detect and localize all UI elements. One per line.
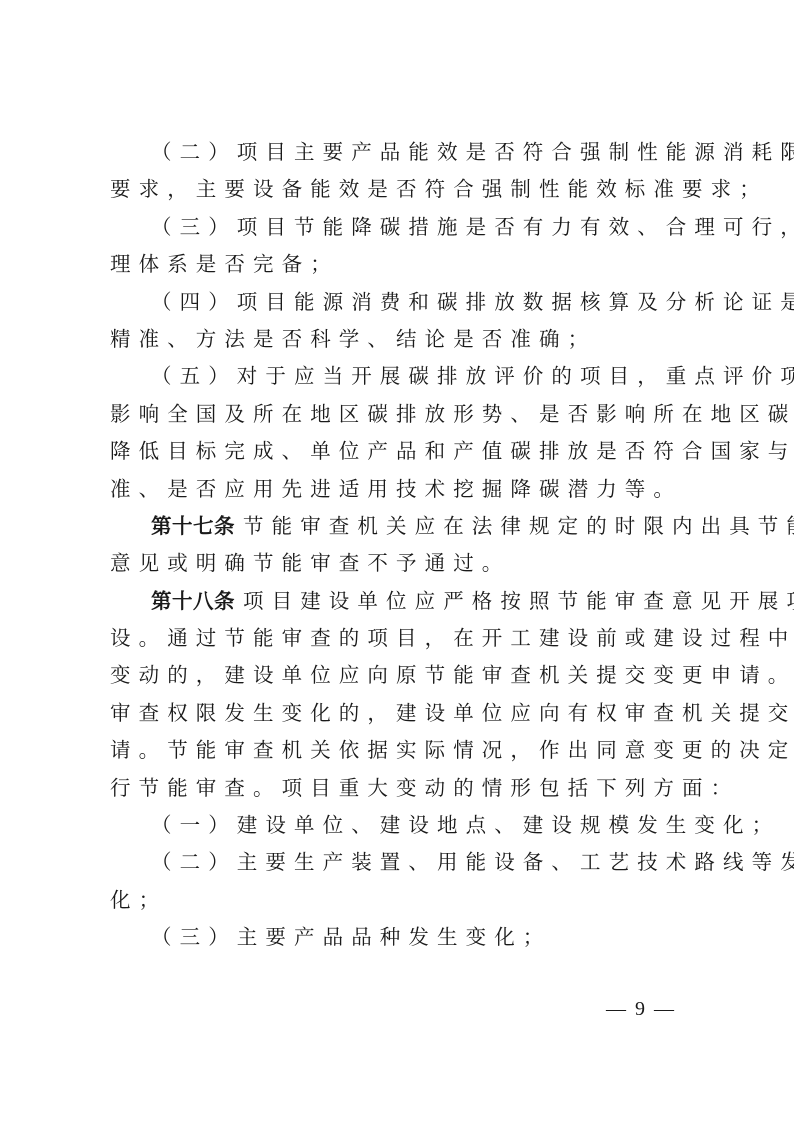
text-line: 行节能审查。项目重大变动的情形包括下列方面： xyxy=(110,770,688,807)
text-line: 准、是否应用先进适用技术挖掘降碳潜力等。 xyxy=(110,471,688,508)
text-line: 意见或明确节能审查不予通过。 xyxy=(110,545,688,582)
text-line: （四）项目能源消费和碳排放数据核算及分析论证是否客观 xyxy=(110,284,688,321)
text-line: 第十八条项目建设单位应严格按照节能审查意见开展项目建 xyxy=(110,583,688,620)
article-heading: 第十八条 xyxy=(151,589,235,613)
page-number: — 9 — xyxy=(606,998,676,1021)
text-line: （三）项目节能降碳措施是否有力有效、合理可行，能源管 xyxy=(110,209,688,246)
paragraph-item-3-carbon-measures: （三）项目节能降碳措施是否有力有效、合理可行，能源管 理体系是否完备； xyxy=(110,209,688,284)
document-page: （二）项目主要产品能效是否符合强制性能源消耗限额标准 要求，主要设备能效是否符合… xyxy=(0,0,794,1123)
article-text: 项目建设单位应严格按照节能审查意见开展项目建 xyxy=(243,589,794,613)
text-line: 影响全国及所在地区碳排放形势、是否影响所在地区碳排放强度 xyxy=(110,396,688,433)
article-17: 第十七条节能审查机关应在法律规定的时限内出具节能审查 意见或明确节能审查不予通过… xyxy=(110,508,688,583)
text-line: 第十七条节能审查机关应在法律规定的时限内出具节能审查 xyxy=(110,508,688,545)
text-line: （二）项目主要产品能效是否符合强制性能源消耗限额标准 xyxy=(110,134,688,171)
article-heading: 第十七条 xyxy=(151,514,235,538)
text-line: 降低目标完成、单位产品和产值碳排放是否符合国家与行业标 xyxy=(110,433,688,470)
paragraph-item-2-energy-efficiency: （二）项目主要产品能效是否符合强制性能源消耗限额标准 要求，主要设备能效是否符合… xyxy=(110,134,688,209)
text-line: （二）主要生产装置、用能设备、工艺技术路线等发生变 xyxy=(110,844,688,881)
article-text: 节能审查机关应在法律规定的时限内出具节能审查 xyxy=(243,514,794,538)
text-line: （一）建设单位、建设地点、建设规模发生变化； xyxy=(110,807,688,844)
text-line: 审查权限发生变化的，建设单位应向有权审查机关提交变更申 xyxy=(110,695,688,732)
article-18: 第十八条项目建设单位应严格按照节能审查意见开展项目建 设。通过节能审查的项目，在… xyxy=(110,583,688,807)
document-body: （二）项目主要产品能效是否符合强制性能源消耗限额标准 要求，主要设备能效是否符合… xyxy=(110,134,688,957)
change-item-3: （三）主要产品品种发生变化； xyxy=(110,919,688,956)
paragraph-item-4-data-accounting: （四）项目能源消费和碳排放数据核算及分析论证是否客观 精准、方法是否科学、结论是… xyxy=(110,284,688,359)
text-line: （三）主要产品品种发生变化； xyxy=(110,919,688,956)
text-line: 要求，主要设备能效是否符合强制性能效标准要求； xyxy=(110,171,688,208)
change-item-2: （二）主要生产装置、用能设备、工艺技术路线等发生变 化； xyxy=(110,844,688,919)
text-line: 设。通过节能审查的项目，在开工建设前或建设过程中发生重大 xyxy=(110,620,688,657)
paragraph-item-5-carbon-evaluation: （五）对于应当开展碳排放评价的项目，重点评价项目是否 影响全国及所在地区碳排放形… xyxy=(110,358,688,508)
text-line: 化； xyxy=(110,882,688,919)
text-line: （五）对于应当开展碳排放评价的项目，重点评价项目是否 xyxy=(110,358,688,395)
text-line: 精准、方法是否科学、结论是否准确； xyxy=(110,321,688,358)
text-line: 请。节能审查机关依据实际情况，作出同意变更的决定或重新进 xyxy=(110,732,688,769)
change-item-1: （一）建设单位、建设地点、建设规模发生变化； xyxy=(110,807,688,844)
text-line: 理体系是否完备； xyxy=(110,246,688,283)
text-line: 变动的，建设单位应向原节能审查机关提交变更申请。项目节能 xyxy=(110,657,688,694)
